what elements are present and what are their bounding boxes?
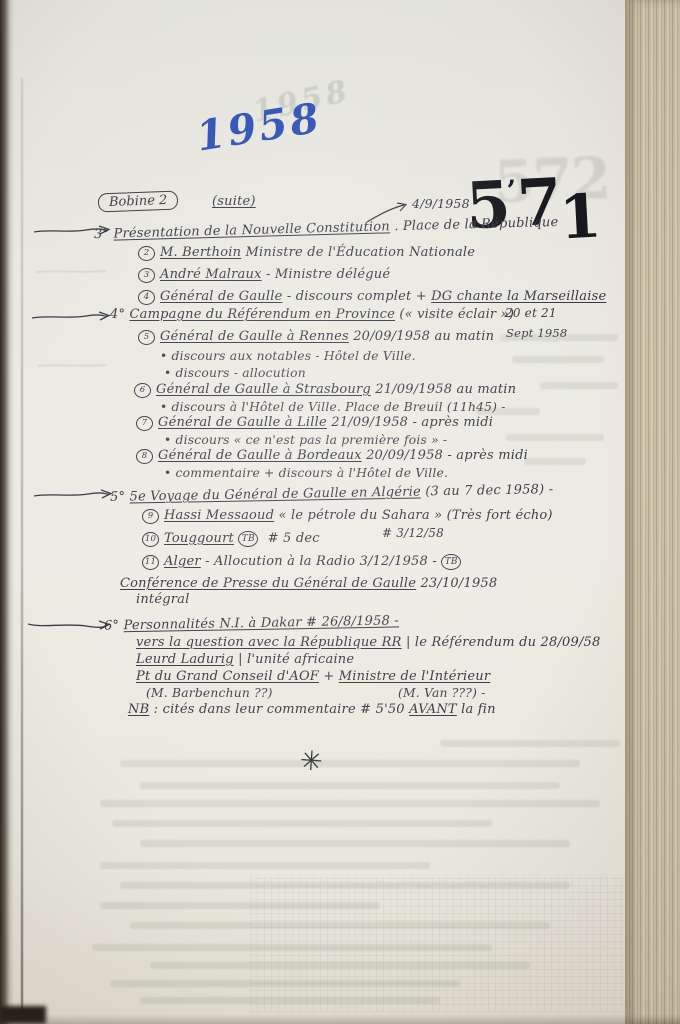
quality-badge-tb: TB xyxy=(441,554,461,570)
bottom-shadow xyxy=(0,1014,680,1024)
reel-label-box: Bobine 2 xyxy=(98,191,179,213)
event-title: Général de Gaulle à Bordeaux xyxy=(158,448,362,463)
margin-arrow-section-5 xyxy=(34,488,116,500)
name-guess-right: (M. Van ???) - xyxy=(398,686,486,700)
item-number-badge: 8 xyxy=(136,449,153,464)
event-title: Alger xyxy=(164,554,201,569)
margin-arrow-ghost xyxy=(36,266,112,276)
note-underlined: AVANT xyxy=(409,702,457,717)
bleed-line xyxy=(112,820,492,827)
note-text: | le Référendum du 28/09/58 xyxy=(402,635,601,650)
item-hassi-messaoud: 9Hassi Messaoud « le pétrole du Sahara »… xyxy=(142,508,553,524)
section-number: 5° xyxy=(110,490,125,505)
item-text: Ministre de l'Éducation Nationale xyxy=(241,245,475,260)
sub-item: • discours - allocution xyxy=(164,366,306,380)
integral-note: intégral xyxy=(136,592,190,607)
bleed-line xyxy=(92,944,492,951)
bleed-line xyxy=(120,760,580,767)
note-text: | l'unité africaine xyxy=(234,652,355,667)
top-date: 4/9/1958 xyxy=(412,196,470,211)
margin-arrow-section-4 xyxy=(32,310,114,322)
section-5-title: 5° 5e Voyage du Général de Gaulle en Alg… xyxy=(110,482,554,505)
item-text: - Allocution à la Radio 3/12/1958 - xyxy=(201,554,441,569)
bleed-line xyxy=(476,408,540,415)
section-title-rest: (« visite éclair ») xyxy=(395,307,514,322)
section-4-title: 4° Campagne du Référendum en Province («… xyxy=(110,307,514,322)
stamp-digit: 5 xyxy=(464,167,509,244)
item-number-badge: 5 xyxy=(138,330,155,345)
item-text: « le pétrole du Sahara » (Très fort écho… xyxy=(274,508,553,523)
nb-note: NB : cités dans leur commentaire # 5'50 … xyxy=(128,702,496,717)
section-title-text: Campagne du Référendum en Province xyxy=(130,307,396,322)
event-title: Général de Gaulle à Lille xyxy=(158,415,327,430)
sub-item: • commentaire + discours à l'Hôtel de Vi… xyxy=(164,466,448,480)
item-text: 21/09/1958 - après midi xyxy=(327,415,493,430)
sub-item: • discours à l'Hôtel de Ville. Place de … xyxy=(160,400,506,414)
note-text: la fin xyxy=(457,702,496,717)
book-gutter-edge xyxy=(0,0,14,1024)
item-malraux: 3André Malraux - Ministre délégué xyxy=(138,267,390,283)
item-number-badge: 2 xyxy=(138,246,155,261)
item-number-badge: 3 xyxy=(138,268,155,283)
item-number-badge: 9 xyxy=(142,509,159,524)
section-number: 3° xyxy=(94,227,110,242)
bleed-line xyxy=(140,782,560,789)
section-4-date-right-1: 20 et 21 xyxy=(505,306,557,320)
item-date-note: # 3/12/58 xyxy=(382,526,444,540)
item-text: - discours complet + xyxy=(282,289,431,304)
reel-suite-text: (suite) xyxy=(212,194,256,209)
item-number-badge: 11 xyxy=(142,555,159,570)
item-touggourt: 10Touggourt TB # 5 dec xyxy=(142,531,320,547)
item-text: 20/09/1958 - après midi xyxy=(362,448,528,463)
event-title: Hassi Messaoud xyxy=(164,508,274,523)
bleed-line xyxy=(140,997,440,1004)
archive-page-photo: 1958 1958 572 5’71 Bobine 2 (suite) 4/9/… xyxy=(0,0,680,1024)
note-underlined: vers la question avec la République RR xyxy=(136,635,402,650)
item-text-underlined: DG chante la Marseillaise xyxy=(431,289,606,304)
note-underlined: Leurd Ladurig xyxy=(136,652,234,667)
bleed-line xyxy=(100,800,600,807)
bleed-line xyxy=(524,458,586,465)
note-text: + xyxy=(319,669,339,684)
section-number: 6° xyxy=(104,618,119,633)
section-title-text: 5e Voyage du Général de Gaulle en Algéri… xyxy=(129,484,421,504)
item-number-badge: 6 xyxy=(134,383,151,398)
event-title: Conférence de Presse du Général de Gaull… xyxy=(120,576,416,591)
bleed-line xyxy=(150,962,530,969)
bleed-line xyxy=(540,382,618,389)
item-bordeaux: 8Général de Gaulle à Bordeaux 20/09/1958… xyxy=(136,448,528,464)
section-title-text: Présentation de la Nouvelle Constitution xyxy=(113,219,390,241)
event-title: Général de Gaulle à Rennes xyxy=(160,329,349,344)
item-number-badge: 10 xyxy=(142,532,159,547)
section-number: 4° xyxy=(110,307,125,322)
press-conference-line: Conférence de Presse du Général de Gaull… xyxy=(120,576,497,591)
stamp-ink-tick: ’ xyxy=(506,174,517,207)
item-strasbourg: 6Général de Gaulle à Strasbourg 21/09/19… xyxy=(134,382,516,398)
dakar-line-1: vers la question avec la République RR |… xyxy=(136,635,601,650)
name-guess-left: (M. Barbenchun ??) xyxy=(146,686,273,700)
reel-suite-label: (suite) xyxy=(212,194,256,209)
bleed-line xyxy=(440,740,620,747)
book-fore-edge xyxy=(625,0,680,1024)
dakar-line-2: Leurd Ladurig | l'unité africaine xyxy=(136,652,354,667)
bleed-line xyxy=(110,980,460,987)
item-rennes: 5Général de Gaulle à Rennes 20/09/1958 a… xyxy=(138,329,494,345)
item-text: - Ministre délégué xyxy=(262,267,391,282)
bleed-line xyxy=(512,356,604,363)
item-text: 21/09/1958 au matin xyxy=(371,382,516,397)
stamp-digit: 1 xyxy=(558,187,600,249)
event-title: Général de Gaulle à Strasbourg xyxy=(156,382,371,397)
item-text: 20/09/1958 au matin xyxy=(349,329,494,344)
sub-item: • discours aux notables - Hôtel de Ville… xyxy=(160,349,416,363)
item-lille: 7Général de Gaulle à Lille 21/09/1958 - … xyxy=(136,415,493,431)
item-de-gaulle-discours: 4Général de Gaulle - discours complet + … xyxy=(138,289,606,305)
section-6-title: 6° Personnalités N.I. à Dakar # 26/8/195… xyxy=(104,613,399,633)
person-name: M. Berthoin xyxy=(160,245,241,260)
note-text: : cités dans leur commentaire # 5'50 xyxy=(149,702,409,717)
item-text: # 5 dec xyxy=(263,531,319,546)
bleed-line xyxy=(120,882,570,889)
item-text: 23/10/1958 xyxy=(416,576,497,591)
margin-arrow-ghost xyxy=(38,360,112,370)
person-name: Général de Gaulle xyxy=(160,289,282,304)
bleed-line xyxy=(140,840,570,847)
person-name: André Malraux xyxy=(160,267,262,282)
item-alger-radio: 11Alger - Allocution à la Radio 3/12/195… xyxy=(142,554,466,570)
section-title-text: Personnalités N.I. à Dakar # 26/8/1958 - xyxy=(123,613,399,633)
item-number-badge: 4 xyxy=(138,290,155,305)
item-number-badge: 7 xyxy=(136,416,153,431)
bleed-line xyxy=(100,862,430,869)
sub-item: • discours « ce n'est pas la première fo… xyxy=(164,433,447,447)
margin-arrow-section-6 xyxy=(28,618,114,632)
bleed-line xyxy=(500,334,618,341)
bleed-line xyxy=(130,922,550,929)
section-title-rest: (3 au 7 dec 1958) - xyxy=(421,482,554,499)
item-berthoin: 2M. Berthoin Ministre de l'Éducation Nat… xyxy=(138,245,475,261)
event-title: Touggourt xyxy=(164,531,234,546)
nb-label: NB xyxy=(128,702,149,717)
note-underlined: Pt du Grand Conseil d'AOF xyxy=(136,669,319,684)
page-crease xyxy=(21,78,23,1012)
year-heading-blue: 1958 xyxy=(193,93,325,160)
bleed-line xyxy=(506,434,604,441)
dakar-line-3: Pt du Grand Conseil d'AOF + Ministre de … xyxy=(136,669,490,684)
note-underlined: Ministre de l'Intérieur xyxy=(339,669,491,684)
quality-badge-tb: TB xyxy=(238,531,258,547)
bleed-line xyxy=(100,902,380,909)
